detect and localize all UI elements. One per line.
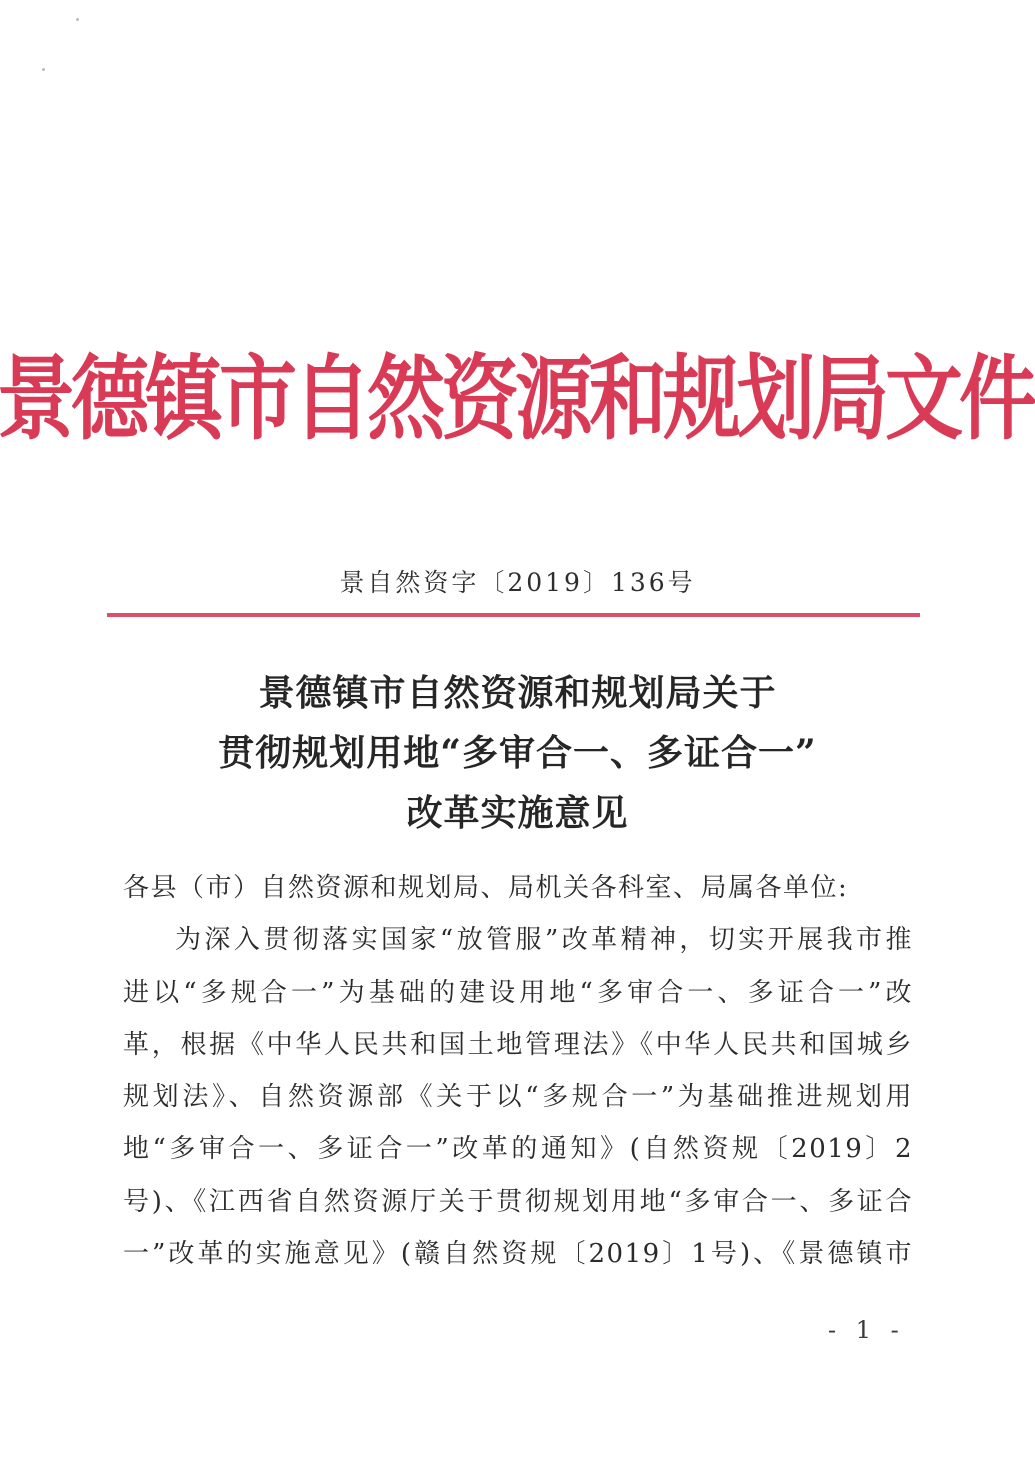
scan-speck [42, 68, 45, 71]
scan-speck [76, 18, 79, 21]
document-body: 各县（市）自然资源和规划局、局机关各科室、局属各单位: 为深入贯彻落实国家“放管… [123, 862, 913, 1280]
title-line-2: 贯彻规划用地“多审合一、多证合一” [0, 723, 1035, 783]
body-line-2: 进以“多规合一”为基础的建设用地“多审合一、多证合一”改 [123, 967, 913, 1019]
document-number: 景自然资字〔2019〕136号 [0, 563, 1035, 599]
red-divider-line [107, 613, 920, 617]
document-title: 景德镇市自然资源和规划局关于 贯彻规划用地“多审合一、多证合一” 改革实施意见 [0, 663, 1035, 843]
body-line-1: 为深入贯彻落实国家“放管服”改革精神，切实开展我市推 [123, 914, 913, 966]
title-line-3: 改革实施意见 [0, 783, 1035, 843]
title-line-1: 景德镇市自然资源和规划局关于 [0, 663, 1035, 723]
body-line-3: 革，根据《中华人民共和国土地管理法》《中华人民共和国城乡 [123, 1019, 913, 1071]
document-header: 景德镇市自然资源和规划局文件 [110, 340, 920, 460]
body-line-7: 一”改革的实施意见》(赣自然资规〔2019〕1号)、《景德镇市 [123, 1228, 913, 1280]
salutation: 各县（市）自然资源和规划局、局机关各科室、局属各单位: [123, 862, 913, 914]
document-page: 景德镇市自然资源和规划局文件 景自然资字〔2019〕136号 景德镇市自然资源和… [0, 0, 1035, 1473]
body-line-5: 地“多审合一、多证合一”改革的通知》(自然资规〔2019〕2 [123, 1123, 913, 1175]
body-line-4: 规划法》、自然资源部《关于以“多规合一”为基础推进规划用 [123, 1071, 913, 1123]
page-number: - 1 - [828, 1316, 905, 1344]
issuing-authority-title: 景德镇市自然资源和规划局文件 [0, 354, 1033, 446]
body-line-6: 号)、《江西省自然资源厅关于贯彻规划用地“多审合一、多证合 [123, 1176, 913, 1228]
